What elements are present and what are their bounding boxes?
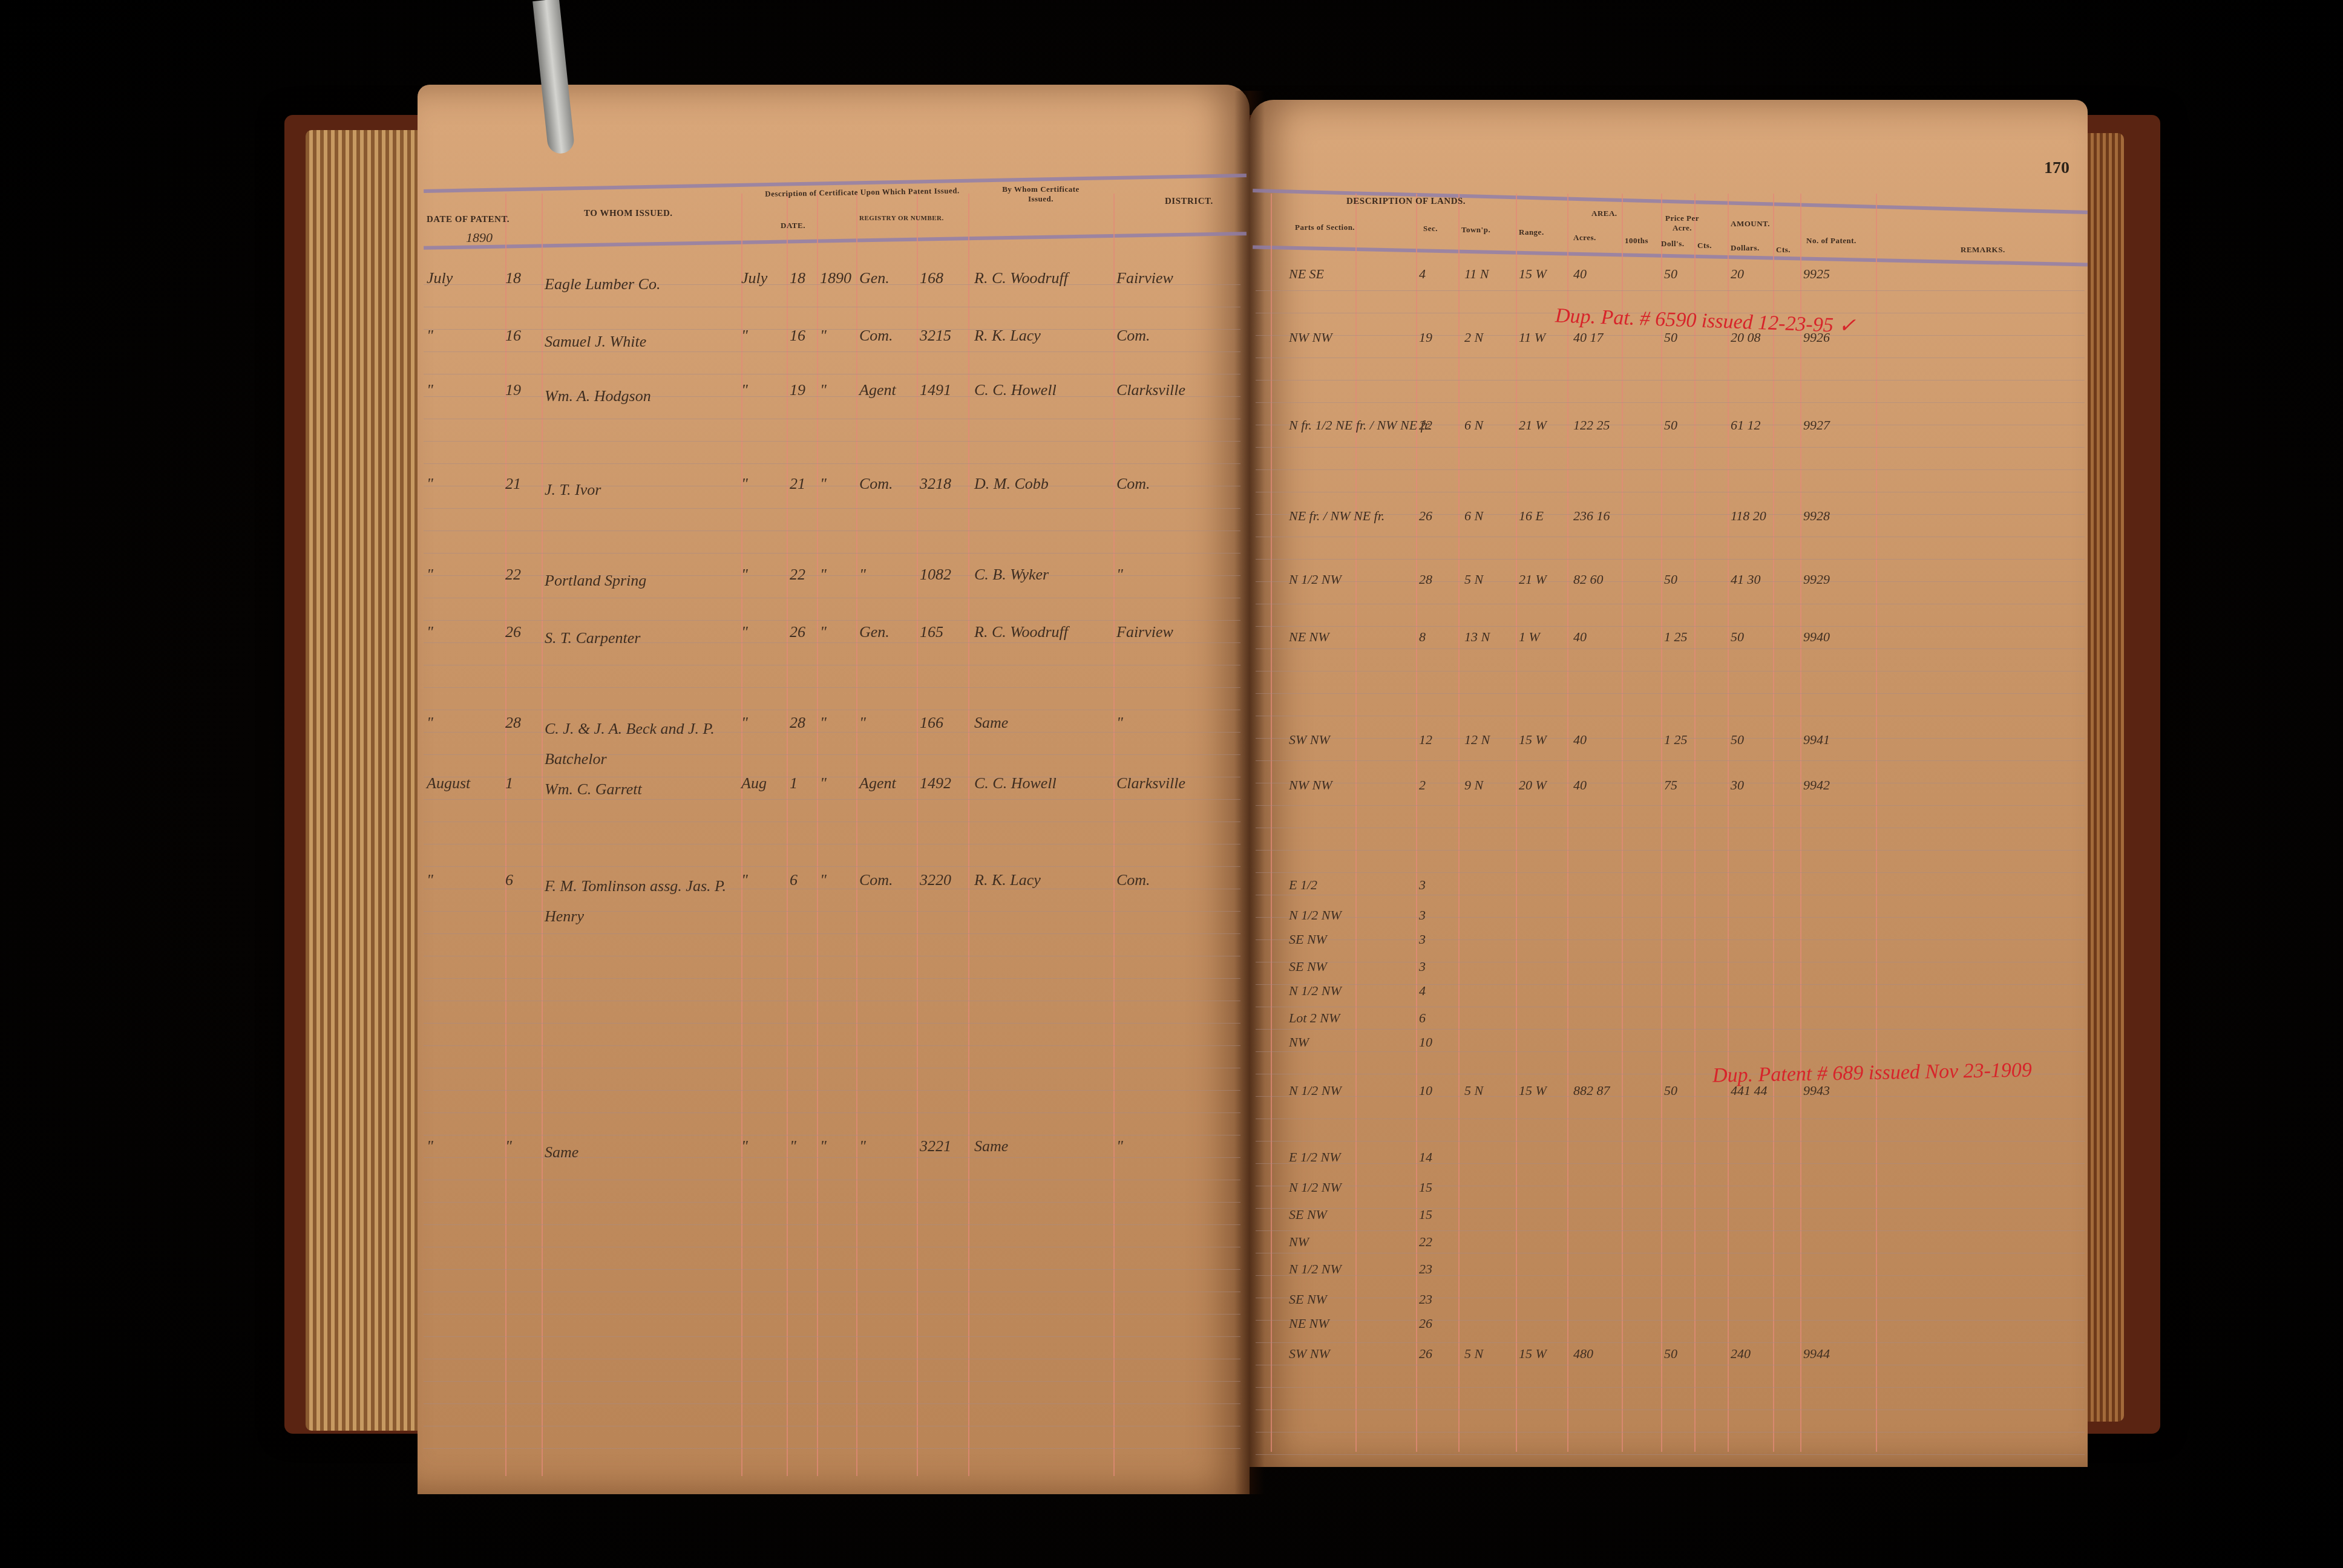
land-patent: 9925 xyxy=(1803,266,1830,282)
entry-month: " xyxy=(427,1137,433,1155)
entry-month: " xyxy=(427,475,433,493)
entry-cert-year: " xyxy=(820,1137,827,1155)
entry-issuer: C. C. Howell xyxy=(974,774,1057,792)
ruled-line xyxy=(424,307,1240,307)
entry-cert-type: Gen. xyxy=(859,269,890,287)
ruled-line xyxy=(1256,559,2085,560)
land-amount: 50 xyxy=(1731,629,1744,645)
ruled-line xyxy=(1256,1432,2085,1432)
ruled-line xyxy=(1256,1342,2085,1343)
land-part: SE NW xyxy=(1289,1292,1327,1307)
rule xyxy=(1516,194,1517,1452)
entry-name: Wm. A. Hodgson xyxy=(545,381,651,411)
land-sec: 3 xyxy=(1419,877,1426,893)
ruled-line xyxy=(1256,1253,2085,1253)
land-amount: 118 20 xyxy=(1731,508,1766,524)
rule xyxy=(856,194,857,1476)
rule xyxy=(817,194,818,1476)
land-patent: 9940 xyxy=(1803,629,1830,645)
entry-cert-no: 3221 xyxy=(920,1137,951,1155)
ruled-line xyxy=(424,665,1240,665)
ruled-line xyxy=(424,553,1240,554)
entry-cert-no: 1492 xyxy=(920,774,951,792)
land-patent: 9928 xyxy=(1803,508,1830,524)
ruled-line xyxy=(1256,895,2085,895)
rule xyxy=(1113,194,1115,1476)
land-acres: 122 25 xyxy=(1573,417,1610,433)
land-sec: 22 xyxy=(1419,417,1432,433)
entry-name: Wm. C. Garrett xyxy=(545,774,642,805)
land-acres: 40 xyxy=(1573,266,1587,282)
ruled-line xyxy=(1256,1275,2085,1276)
entry-cert-type: Gen. xyxy=(859,623,890,641)
entry-cert-day: 22 xyxy=(790,566,805,584)
rule xyxy=(1355,194,1357,1452)
ruled-line xyxy=(1256,492,2085,492)
entry-month: " xyxy=(427,714,433,732)
entry-cert-year: " xyxy=(820,475,827,493)
rule xyxy=(968,194,969,1476)
land-part: N 1/2 NW xyxy=(1289,1180,1342,1195)
header-amount-cts: Cts. xyxy=(1776,245,1791,255)
entry-cert-day: 16 xyxy=(790,327,805,345)
header-dolls: Doll's. xyxy=(1661,239,1685,249)
land-patent: 9944 xyxy=(1803,1346,1830,1362)
entry-cert-no: 1082 xyxy=(920,566,951,584)
entry-cert-month: " xyxy=(741,1137,748,1155)
ruled-line xyxy=(424,844,1240,844)
entry-district: " xyxy=(1116,714,1123,732)
land-part: N fr. 1/2 NE fr. / NW NE fr. xyxy=(1289,417,1431,433)
book-gutter xyxy=(1234,91,1265,1494)
ruled-line xyxy=(424,710,1240,710)
entry-name: C. J. & J. A. Beck and J. P. Batchelor xyxy=(545,714,738,774)
land-price: 50 xyxy=(1664,417,1677,433)
ruled-line xyxy=(424,1403,1240,1404)
header-no-of-patent: No. of Patent. xyxy=(1806,236,1856,246)
land-acres: 40 xyxy=(1573,732,1587,748)
land-sec: 3 xyxy=(1419,907,1426,923)
ruled-line xyxy=(1256,1454,2085,1455)
ruled-line xyxy=(424,933,1240,934)
land-rng: 21 W xyxy=(1519,417,1547,433)
land-rng: 15 W xyxy=(1519,732,1547,748)
entry-cert-no: 166 xyxy=(920,714,943,732)
land-rng: 11 W xyxy=(1519,330,1545,345)
entry-district: Com. xyxy=(1116,475,1150,493)
header-district: DISTRICT. xyxy=(1165,197,1213,207)
ruled-line xyxy=(1256,469,2085,470)
ruled-line xyxy=(424,1224,1240,1225)
land-sec: 12 xyxy=(1419,732,1432,748)
land-part: NW xyxy=(1289,1234,1309,1250)
land-sec: 10 xyxy=(1419,1083,1432,1099)
rule xyxy=(1567,194,1568,1452)
entry-cert-month: " xyxy=(741,327,748,345)
page-edges-left xyxy=(306,130,421,1431)
land-rng: 20 W xyxy=(1519,777,1547,793)
header-acres: Acres. xyxy=(1573,233,1596,243)
land-twp: 6 N xyxy=(1464,417,1483,433)
land-twp: 9 N xyxy=(1464,777,1483,793)
ruled-line xyxy=(424,1068,1240,1068)
entry-cert-type: " xyxy=(859,566,866,584)
land-twp: 5 N xyxy=(1464,1346,1483,1362)
ruled-line xyxy=(1256,1365,2085,1365)
entry-district: " xyxy=(1116,1137,1123,1155)
entry-name: S. T. Carpenter xyxy=(545,623,640,653)
entry-cert-year: " xyxy=(820,327,827,345)
entry-name: Same xyxy=(545,1137,578,1168)
entry-month: " xyxy=(427,623,433,641)
ruled-line xyxy=(1256,1163,2085,1164)
entry-issuer: R. K. Lacy xyxy=(974,327,1041,345)
ruled-line xyxy=(424,598,1240,598)
land-acres: 236 16 xyxy=(1573,508,1610,524)
ruled-line xyxy=(424,687,1240,688)
ruled-line xyxy=(424,419,1240,419)
entry-district: Com. xyxy=(1116,871,1150,889)
entry-month: " xyxy=(427,381,433,399)
land-sec: 22 xyxy=(1419,1234,1432,1250)
entry-month: August xyxy=(427,774,470,792)
ruled-line xyxy=(424,1135,1240,1135)
entry-cert-year: " xyxy=(820,871,827,889)
entry-cert-day: 26 xyxy=(790,623,805,641)
land-part: NW xyxy=(1289,1034,1309,1050)
ruled-line xyxy=(424,531,1240,531)
land-price: 75 xyxy=(1664,777,1677,793)
land-sec: 8 xyxy=(1419,629,1426,645)
land-part: N 1/2 NW xyxy=(1289,907,1342,923)
entry-cert-no: 3218 xyxy=(920,475,951,493)
entry-day: 22 xyxy=(505,566,521,584)
entry-month: July xyxy=(427,269,453,287)
entry-cert-month: " xyxy=(741,623,748,641)
entry-cert-year: " xyxy=(820,714,827,732)
ruled-line xyxy=(424,1448,1240,1449)
land-part: SE NW xyxy=(1289,959,1327,975)
entry-district: Clarksville xyxy=(1116,381,1185,399)
land-sec: 15 xyxy=(1419,1207,1432,1223)
land-acres: 480 xyxy=(1573,1346,1593,1362)
entry-name: Samuel J. White xyxy=(545,327,646,357)
land-sec: 26 xyxy=(1419,508,1432,524)
land-sec: 4 xyxy=(1419,266,1426,282)
header-to-whom-issued: TO WHOM ISSUED. xyxy=(584,209,673,219)
entry-issuer: R. K. Lacy xyxy=(974,871,1041,889)
land-acres: 40 xyxy=(1573,629,1587,645)
land-part: NE SE xyxy=(1289,266,1324,282)
header-by-whom: By Whom Certificate Issued. xyxy=(995,185,1086,204)
entry-name: J. T. Ivor xyxy=(545,475,601,505)
land-twp: 2 N xyxy=(1464,330,1483,345)
entry-cert-month: " xyxy=(741,475,748,493)
rule xyxy=(1458,194,1460,1452)
entry-issuer: C. B. Wyker xyxy=(974,566,1049,584)
ruled-line xyxy=(424,1001,1240,1001)
land-amount: 61 12 xyxy=(1731,417,1761,433)
land-price: 50 xyxy=(1664,1346,1677,1362)
land-sec: 2 xyxy=(1419,777,1426,793)
ruled-line xyxy=(1256,1230,2085,1231)
ruled-line xyxy=(424,978,1240,979)
entry-cert-no: 1491 xyxy=(920,381,951,399)
land-sec: 15 xyxy=(1419,1180,1432,1195)
land-price: 50 xyxy=(1664,330,1677,345)
land-patent: 9942 xyxy=(1803,777,1830,793)
entry-district: Fairview xyxy=(1116,269,1173,287)
entry-day: " xyxy=(505,1137,512,1155)
ruled-line xyxy=(1256,402,2085,403)
ruled-line xyxy=(424,1359,1240,1359)
entry-cert-type: " xyxy=(859,714,866,732)
land-part: NE NW xyxy=(1289,1316,1329,1331)
entry-cert-type: Agent xyxy=(859,774,896,792)
rule xyxy=(1271,194,1272,1452)
entry-cert-year: 1890 xyxy=(820,269,851,287)
land-part: E 1/2 NW xyxy=(1289,1149,1341,1165)
land-rng: 21 W xyxy=(1519,572,1547,587)
land-rng: 15 W xyxy=(1519,266,1547,282)
year-label: 1890 xyxy=(466,230,493,246)
ruled-line xyxy=(424,463,1240,464)
ruled-line xyxy=(424,1202,1240,1203)
land-sec: 14 xyxy=(1419,1149,1432,1165)
ruled-line xyxy=(1256,1186,2085,1186)
entry-cert-year: " xyxy=(820,566,827,584)
rule xyxy=(1694,194,1696,1452)
land-sec: 23 xyxy=(1419,1261,1432,1277)
land-part: SW NW xyxy=(1289,1346,1330,1362)
entry-district: Fairview xyxy=(1116,623,1173,641)
entry-cert-no: 3220 xyxy=(920,871,951,889)
land-amount: 50 xyxy=(1731,732,1744,748)
ruled-line xyxy=(1256,626,2085,627)
rule xyxy=(1416,194,1417,1452)
ruled-line xyxy=(424,1112,1240,1113)
entry-month: " xyxy=(427,566,433,584)
entry-day: 28 xyxy=(505,714,521,732)
ruled-line xyxy=(1256,447,2085,448)
ruled-line xyxy=(1256,1387,2085,1388)
ruled-line xyxy=(424,1381,1240,1382)
entry-cert-day: 18 xyxy=(790,269,805,287)
land-part: Lot 2 NW xyxy=(1289,1010,1340,1026)
land-acres: 40 xyxy=(1573,777,1587,793)
entry-cert-day: 6 xyxy=(790,871,798,889)
land-acres: 40 17 xyxy=(1573,330,1604,345)
land-price: 1 25 xyxy=(1664,629,1688,645)
land-sec: 19 xyxy=(1419,330,1432,345)
ruled-line xyxy=(424,866,1240,867)
entry-cert-month: Aug xyxy=(741,774,767,792)
ruled-line xyxy=(1256,648,2085,649)
land-amount: 240 xyxy=(1731,1346,1751,1362)
header-sec: Sec. xyxy=(1423,224,1438,234)
ruled-line xyxy=(1256,693,2085,694)
land-price: 1 25 xyxy=(1664,732,1688,748)
land-sec: 6 xyxy=(1419,1010,1426,1026)
entry-day: 1 xyxy=(505,774,513,792)
ruled-line xyxy=(1256,716,2085,716)
land-amount: 20 xyxy=(1731,266,1744,282)
ruled-line xyxy=(1256,1208,2085,1209)
header-hundredths: 100ths xyxy=(1625,236,1648,246)
ruled-line xyxy=(424,1247,1240,1247)
land-twp: 11 N xyxy=(1464,266,1489,282)
header-range: Range. xyxy=(1519,227,1544,237)
header-price-per-acre: Price Per Acre. xyxy=(1661,214,1703,233)
entry-cert-type: Com. xyxy=(859,475,893,493)
ruled-line xyxy=(424,1180,1240,1180)
header-description-of-lands: DESCRIPTION OF LANDS. xyxy=(1346,197,1466,207)
entry-cert-year: " xyxy=(820,381,827,399)
land-part: SW NW xyxy=(1289,732,1330,748)
ruled-line xyxy=(424,441,1240,442)
entry-cert-month: " xyxy=(741,714,748,732)
entry-cert-type: " xyxy=(859,1137,866,1155)
land-twp: 5 N xyxy=(1464,1083,1483,1099)
land-sec: 3 xyxy=(1419,959,1426,975)
ruled-line xyxy=(1256,1007,2085,1007)
ruled-line xyxy=(1256,962,2085,962)
ruled-line xyxy=(1256,1410,2085,1410)
land-part: N 1/2 NW xyxy=(1289,983,1342,999)
header-certificate-number: REGISTRY OR NUMBER. xyxy=(859,215,944,222)
ruled-line xyxy=(424,822,1240,822)
ruled-line xyxy=(424,508,1240,509)
entry-cert-month: " xyxy=(741,566,748,584)
header-township: Town'p. xyxy=(1461,225,1490,235)
entry-cert-type: Com. xyxy=(859,327,893,345)
header-dollars: Dollars. xyxy=(1731,243,1760,253)
entry-district: Com. xyxy=(1116,327,1150,345)
land-sec: 4 xyxy=(1419,983,1426,999)
ruled-line xyxy=(1256,1298,2085,1298)
ruled-line xyxy=(424,374,1240,374)
entry-district: Clarksville xyxy=(1116,774,1185,792)
entry-day: 19 xyxy=(505,381,521,399)
ruled-line xyxy=(1256,850,2085,851)
entry-cert-type: Agent xyxy=(859,381,896,399)
ruled-line xyxy=(424,1292,1240,1292)
header-date: DATE. xyxy=(781,221,805,230)
land-amount: 30 xyxy=(1731,777,1744,793)
ruled-line xyxy=(1256,805,2085,806)
ruled-line xyxy=(1256,1141,2085,1142)
entry-cert-no: 165 xyxy=(920,623,943,641)
land-rng: 15 W xyxy=(1519,1346,1547,1362)
ruled-line xyxy=(424,1045,1240,1046)
entry-month: " xyxy=(427,871,433,889)
land-sec: 28 xyxy=(1419,572,1432,587)
land-part: NW NW xyxy=(1289,330,1332,345)
entry-day: 16 xyxy=(505,327,521,345)
land-sec: 10 xyxy=(1419,1034,1432,1050)
entry-name: Eagle Lumber Co. xyxy=(545,269,660,299)
entry-month: " xyxy=(427,327,433,345)
land-part: NE fr. / NW NE fr. xyxy=(1289,508,1384,524)
land-part: N 1/2 NW xyxy=(1289,1261,1342,1277)
ruled-line xyxy=(1256,380,2085,381)
ruled-line xyxy=(424,1269,1240,1270)
entry-cert-no: 3215 xyxy=(920,327,951,345)
header-amount: AMOUNT. xyxy=(1731,219,1770,229)
land-sec: 23 xyxy=(1419,1292,1432,1307)
land-amount: 41 30 xyxy=(1731,572,1761,587)
entry-cert-month: " xyxy=(741,871,748,889)
entry-cert-year: " xyxy=(820,623,827,641)
entry-cert-day: 21 xyxy=(790,475,805,493)
ruled-line xyxy=(1256,1029,2085,1030)
ruled-line xyxy=(424,620,1240,621)
ruled-line xyxy=(424,1314,1240,1315)
entry-cert-day: 19 xyxy=(790,381,805,399)
land-part: E 1/2 xyxy=(1289,877,1317,893)
entry-cert-year: " xyxy=(820,774,827,792)
land-part: N 1/2 NW xyxy=(1289,572,1342,587)
entry-cert-type: Com. xyxy=(859,871,893,889)
entry-cert-month: " xyxy=(741,381,748,399)
header-remarks: REMARKS. xyxy=(1961,245,2005,255)
ruled-line xyxy=(1256,1320,2085,1321)
land-acres: 882 87 xyxy=(1573,1083,1610,1099)
entry-day: 18 xyxy=(505,269,521,287)
land-sec: 26 xyxy=(1419,1316,1432,1331)
land-price: 50 xyxy=(1664,572,1677,587)
rule xyxy=(542,194,543,1476)
entry-name: Portland Spring xyxy=(545,566,646,596)
entry-issuer: R. C. Woodruff xyxy=(974,623,1068,641)
ruled-line xyxy=(1256,1119,2085,1119)
ruled-line xyxy=(1256,917,2085,918)
page-number: 170 xyxy=(2044,158,2069,178)
ruled-line xyxy=(1256,984,2085,985)
rule xyxy=(787,194,788,1476)
ruled-line xyxy=(424,1336,1240,1337)
entry-day: 21 xyxy=(505,475,521,493)
entry-cert-day: 28 xyxy=(790,714,805,732)
ruled-line xyxy=(1256,671,2085,671)
ruled-line xyxy=(1256,537,2085,537)
land-twp: 5 N xyxy=(1464,572,1483,587)
rule xyxy=(917,194,918,1476)
land-sec: 26 xyxy=(1419,1346,1432,1362)
land-patent: 9927 xyxy=(1803,417,1830,433)
entry-issuer: R. C. Woodruff xyxy=(974,269,1068,287)
land-part: NW NW xyxy=(1289,777,1332,793)
entry-cert-month: July xyxy=(741,269,767,287)
ruled-line xyxy=(1256,939,2085,940)
rule xyxy=(1800,194,1801,1452)
ruled-line xyxy=(1256,760,2085,761)
ruled-line xyxy=(424,1090,1240,1091)
land-rng: 1 W xyxy=(1519,629,1540,645)
header-date-of-patent: DATE OF PATENT. xyxy=(427,215,510,225)
ruled-line xyxy=(1256,828,2085,828)
ruled-line xyxy=(1256,1051,2085,1052)
entry-district: " xyxy=(1116,566,1123,584)
ruled-line xyxy=(1256,358,2085,358)
rule xyxy=(1661,194,1662,1452)
land-patent: 9929 xyxy=(1803,572,1830,587)
entry-issuer: D. M. Cobb xyxy=(974,475,1049,493)
rule xyxy=(1728,194,1729,1452)
ruled-line xyxy=(424,956,1240,956)
entry-cert-day: 1 xyxy=(790,774,798,792)
land-twp: 13 N xyxy=(1464,629,1490,645)
